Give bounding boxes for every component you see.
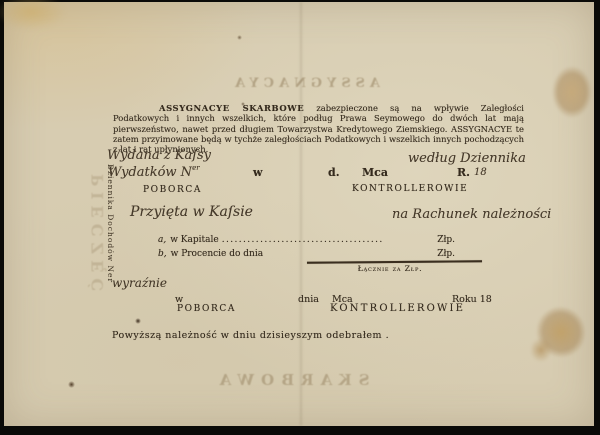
ink-speck-top-center	[237, 35, 242, 40]
conditions-paragraph: ASSYGNACYE SKARBOWE zabezpieczone są na …	[113, 103, 524, 154]
ink-speck-left	[135, 318, 141, 324]
issued-from-kassa-label: Wydana z Kaſsy	[107, 148, 211, 163]
row-a-dotted-leader: ......................................	[222, 235, 434, 245]
stain-right-middle-tail	[530, 338, 552, 362]
controllers-title-top: KONTROLLEROWIE	[352, 184, 468, 194]
place-w-label: w	[253, 166, 262, 179]
receipt-acknowledgement-line: Powyższą należność w dniu dzisieyszym od…	[112, 330, 389, 341]
expenses-number-text: Wydatków N	[108, 165, 192, 180]
capital-amount-row: a, w Kapitale ..........................…	[158, 235, 455, 245]
ghost-verso-subtitle: SKARBOWA	[196, 371, 386, 389]
row-a-prefix: a,	[158, 235, 166, 245]
controllers-title-bottom: KONTROLLEROWIE	[330, 303, 465, 314]
fold-crease	[300, 2, 302, 426]
per-journal-label: według Dziennika	[408, 151, 526, 166]
row-b-label: w Procencie do dnia	[171, 249, 263, 259]
margin-journal-caption: Dziennika Dochodów Ner	[106, 164, 115, 283]
document-paper: ASSYGNACYA SKARBOWA PIECZĘĆ Dziennika Do…	[4, 2, 594, 426]
paragraph-lead: ASSYGNACYE SKARBOWE	[159, 103, 304, 113]
collector-title-top: POBORCA	[143, 185, 202, 195]
ghost-verso-title: ASSYGNACYA	[210, 76, 400, 91]
interest-amount-row: b, w Procencie do dnia Złp.	[158, 249, 455, 259]
collector-title-bottom: POBORCA	[177, 304, 236, 314]
day-label: d.	[328, 166, 340, 179]
row-b-currency: Złp.	[437, 249, 455, 259]
stain-top-right	[552, 66, 592, 118]
ink-speck-bottom-left	[68, 381, 75, 388]
bottom-day-label: dnia	[298, 294, 319, 305]
month-label: Mca	[362, 166, 388, 179]
row-b-prefix: b,	[158, 249, 167, 259]
row-a-currency: Złp.	[437, 235, 455, 245]
ghost-verso-seal: PIECZĘĆ	[88, 174, 107, 297]
received-in-kassa-label: Przyięta w Kaſsie	[130, 204, 253, 220]
in-words-label: wyraźnie	[112, 276, 167, 290]
row-a-label: w Kapitale	[170, 235, 218, 245]
year-r-label: R.	[457, 166, 470, 179]
account-due-label: na Rachunek należności	[392, 207, 551, 222]
stain-top-left-patch	[0, 0, 66, 30]
expenses-number-sup: er	[192, 164, 200, 172]
year-18-value: 18	[474, 167, 487, 178]
ink-speck-paragraph	[241, 102, 245, 106]
expenses-number-label: Wydatków Ner	[108, 164, 200, 180]
total-label: Łącznie za Złp.	[345, 264, 435, 273]
